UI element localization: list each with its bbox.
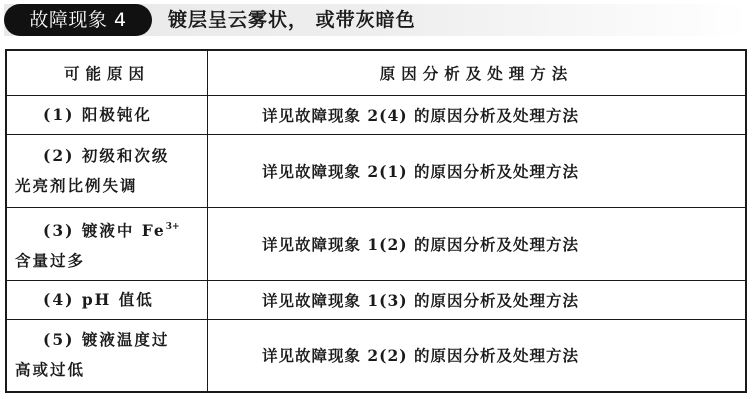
method-cell: 详见故障现象 1(2) 的原因分析及处理方法 bbox=[208, 207, 747, 280]
cause-cell: (1) 阳极钝化 bbox=[6, 95, 208, 134]
cause-text-line2: 含量过多 bbox=[15, 251, 85, 270]
method-cell: 详见故障现象 2(2) 的原因分析及处理方法 bbox=[208, 319, 747, 392]
fault-table: 可能原因 原因分析及处理方法 (1) 阳极钝化 详见故障现象 2(4) 的原因分… bbox=[5, 49, 747, 393]
table-row: (1) 阳极钝化 详见故障现象 2(4) 的原因分析及处理方法 bbox=[6, 95, 746, 134]
cause-text-line2: 高或过低 bbox=[15, 360, 85, 379]
header-analysis-method: 原因分析及处理方法 bbox=[208, 50, 747, 95]
table-row: (3) 镀液中 Fe3+ 含量过多 详见故障现象 1(2) 的原因分析及处理方法 bbox=[6, 207, 746, 280]
table-row: (4) pH 值低 详见故障现象 1(3) 的原因分析及处理方法 bbox=[6, 280, 746, 319]
cause-text-line1-wrap: (3) 镀液中 Fe3+ bbox=[15, 212, 201, 246]
table-header-row: 可能原因 原因分析及处理方法 bbox=[6, 50, 746, 95]
method-cell: 详见故障现象 2(1) 的原因分析及处理方法 bbox=[208, 134, 747, 207]
cause-cell: (4) pH 值低 bbox=[6, 280, 208, 319]
cause-text-line1: (2) 初级和次级 bbox=[15, 141, 201, 171]
method-cell: 详见故障现象 2(4) 的原因分析及处理方法 bbox=[208, 95, 747, 134]
cause-text-line1: (3) 镀液中 Fe bbox=[43, 221, 166, 240]
cause-cell: (2) 初级和次级 光亮剂比例失调 bbox=[6, 134, 208, 207]
header-possible-cause: 可能原因 bbox=[6, 50, 208, 95]
cause-text: (1) 阳极钝化 bbox=[15, 100, 201, 130]
fault-badge: 故障现象 4 bbox=[4, 4, 152, 36]
cause-cell: (3) 镀液中 Fe3+ 含量过多 bbox=[6, 207, 208, 280]
table-row: (5) 镀液温度过 高或过低 详见故障现象 2(2) 的原因分析及处理方法 bbox=[6, 319, 746, 392]
table-row: (2) 初级和次级 光亮剂比例失调 详见故障现象 2(1) 的原因分析及处理方法 bbox=[6, 134, 746, 207]
cause-text: (4) pH 值低 bbox=[15, 285, 201, 315]
cause-text-line2: 光亮剂比例失调 bbox=[15, 176, 138, 195]
superscript-charge: 3+ bbox=[166, 222, 180, 232]
method-cell: 详见故障现象 1(3) 的原因分析及处理方法 bbox=[208, 280, 747, 319]
cause-cell: (5) 镀液温度过 高或过低 bbox=[6, 319, 208, 392]
fault-title: 镀层呈云雾状， 或带灰暗色 bbox=[168, 4, 416, 36]
cause-text-line1: (5) 镀液温度过 bbox=[15, 325, 201, 355]
